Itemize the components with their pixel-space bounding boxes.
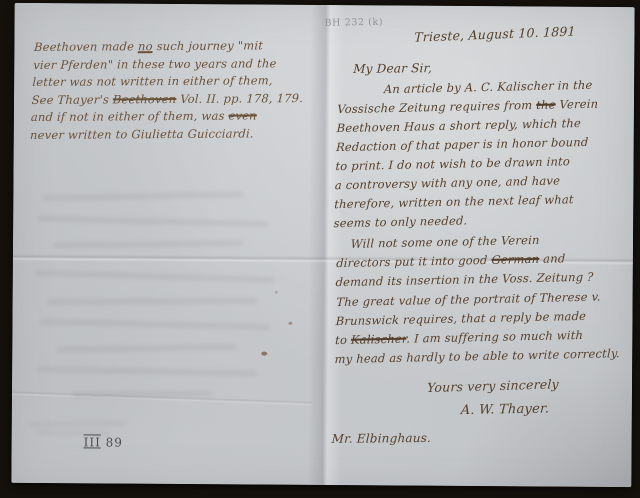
dateline: Trieste, August 10. 1891 bbox=[414, 23, 576, 44]
handwriting-line: letter was not written in either of them… bbox=[32, 72, 304, 91]
handwriting-line: See Thayer's Beethoven Vol. II. pp. 178,… bbox=[31, 90, 303, 109]
show-through-mark bbox=[43, 192, 243, 201]
body-paragraph-2: Will not some one of the Vereindirectors… bbox=[335, 230, 595, 292]
letter-photograph: Beethoven made no such journey "mitvier … bbox=[0, 0, 640, 498]
handwriting-line: never written to Giulietta Guicciardi. bbox=[30, 125, 302, 144]
show-through-mark bbox=[30, 421, 125, 427]
show-through-mark bbox=[48, 298, 258, 304]
handwriting-line: III 89 bbox=[84, 435, 123, 449]
salutation: My Dear Sir, bbox=[353, 61, 433, 76]
signature: A. W. Thayer. bbox=[460, 401, 549, 418]
handwriting-line: Beethoven made no such journey "mit bbox=[34, 37, 306, 56]
show-through-mark bbox=[53, 241, 243, 248]
stain-speck bbox=[288, 322, 292, 325]
show-through-mark bbox=[35, 270, 275, 283]
handwriting-line: and if not in either of them, was even bbox=[30, 107, 302, 126]
stain-speck bbox=[261, 352, 267, 356]
archive-corner-mark: III 89 bbox=[84, 435, 123, 449]
show-through-mark bbox=[38, 216, 268, 227]
addressee: Mr. Elbinghaus. bbox=[331, 431, 431, 446]
pencil-shelfmark: BH 232 (k) bbox=[324, 17, 383, 29]
show-through-mark bbox=[37, 366, 257, 376]
left-page-annotation: Beethoven made no such journey "mitvier … bbox=[30, 37, 306, 144]
handwriting-line: vier Pferden" in these two years and the bbox=[33, 55, 305, 74]
letter-paper: Beethoven made no such journey "mitvier … bbox=[11, 3, 634, 487]
body-paragraph-3: The great value of the portrait of There… bbox=[334, 287, 622, 369]
body-paragraph-1: An article by A. C. Kalischer in theVoss… bbox=[333, 76, 599, 234]
show-through-mark bbox=[57, 345, 237, 353]
show-through-mark bbox=[40, 319, 270, 330]
stain-speck bbox=[275, 291, 278, 294]
